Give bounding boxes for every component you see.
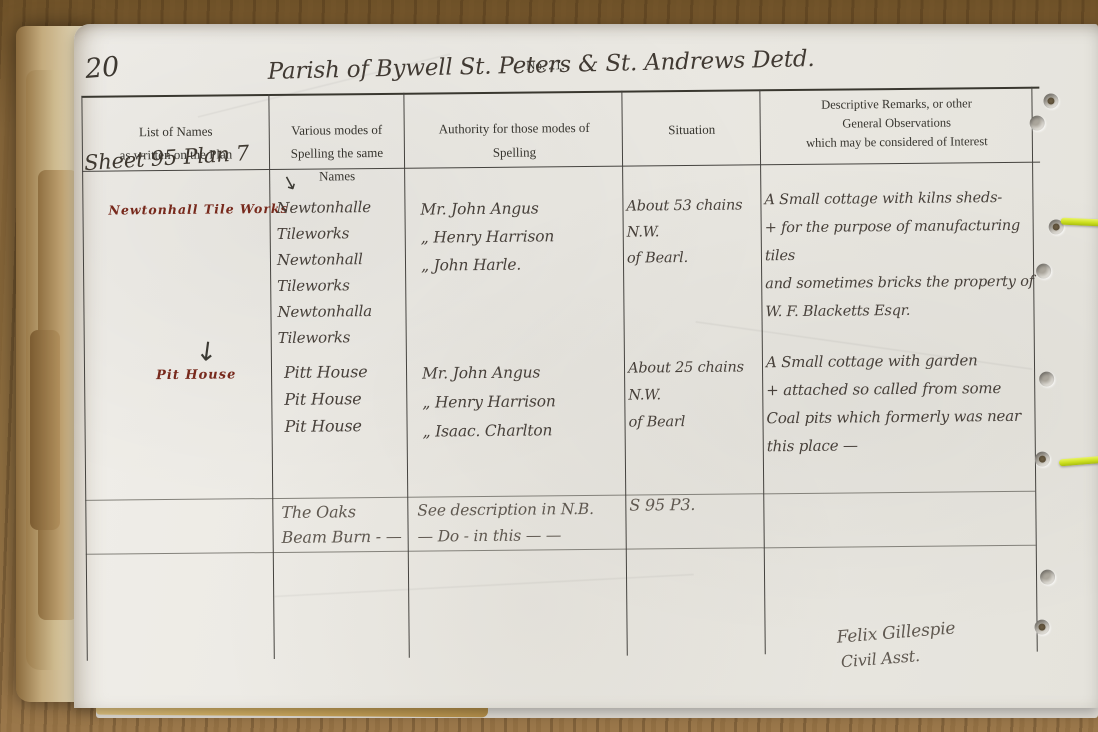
- column-header-authority: Authority for those modes of Spelling: [412, 116, 617, 166]
- row2-spellings: Pitt House Pit House Pit House: [284, 358, 405, 440]
- binding-hole: [1039, 372, 1054, 387]
- row3-spellings: The Oaks Beam Burn - —: [281, 499, 411, 550]
- row1-situation: About 53 chains N.W. of Bearl.: [626, 192, 759, 271]
- row3-situation: S 95 P3.: [629, 494, 749, 514]
- binding-hole: [1040, 570, 1055, 585]
- page-content: 20 No. 21. Parish of Bywell St. Peters &…: [71, 19, 1098, 713]
- signature-role: Civil Asst.: [840, 646, 920, 671]
- row2-name: Pit House: [156, 367, 236, 383]
- down-arrow-icon: ↓: [194, 336, 220, 369]
- column-header-remarks: Descriptive Remarks, or other General Ob…: [765, 94, 1028, 154]
- binding-thread: [1061, 218, 1098, 230]
- binding-hole: [1034, 620, 1049, 635]
- table-column-rule: [759, 89, 765, 654]
- row2-situation: About 25 chains N.W. of Bearl: [628, 354, 761, 436]
- table-column-rule: [403, 93, 409, 658]
- row1-authority: Mr. John Angus „ Henry Harrison „ John H…: [420, 194, 611, 280]
- photographed-document-scene: 20 No. 21. Parish of Bywell St. Peters &…: [0, 0, 1098, 732]
- page-stack-edge: [30, 330, 60, 530]
- row1-spellings: Newtonhalle Tileworks Newtonhall Tilewor…: [276, 194, 405, 351]
- row3-authority: See description in N.B. — Do - in this —…: [417, 496, 617, 550]
- table-left-rule: [81, 96, 87, 661]
- row1-name: Newtonhall Tile Works: [108, 201, 288, 218]
- binding-hole: [1036, 264, 1051, 279]
- binding-hole: [1043, 93, 1058, 108]
- signature-name: Felix Gillespie: [836, 618, 956, 647]
- binding-hole: [1030, 116, 1045, 131]
- binding-thread: [1059, 450, 1098, 466]
- document-page: 20 No. 21. Parish of Bywell St. Peters &…: [74, 24, 1098, 708]
- table-column-rule: [621, 91, 627, 656]
- row1-remarks: A Small cottage with kilns sheds- + for …: [764, 184, 1037, 327]
- row2-remarks: A Small cottage with garden + attached s…: [766, 346, 1039, 461]
- row2-authority: Mr. John Angus „ Henry Harrison „ Isaac.…: [422, 358, 618, 447]
- binding-hole: [1035, 452, 1050, 467]
- page-number: 20: [84, 51, 120, 85]
- page-title: Parish of Bywell St. Peters & St. Andrew…: [221, 45, 861, 86]
- column-header-situation: Situation: [628, 121, 756, 138]
